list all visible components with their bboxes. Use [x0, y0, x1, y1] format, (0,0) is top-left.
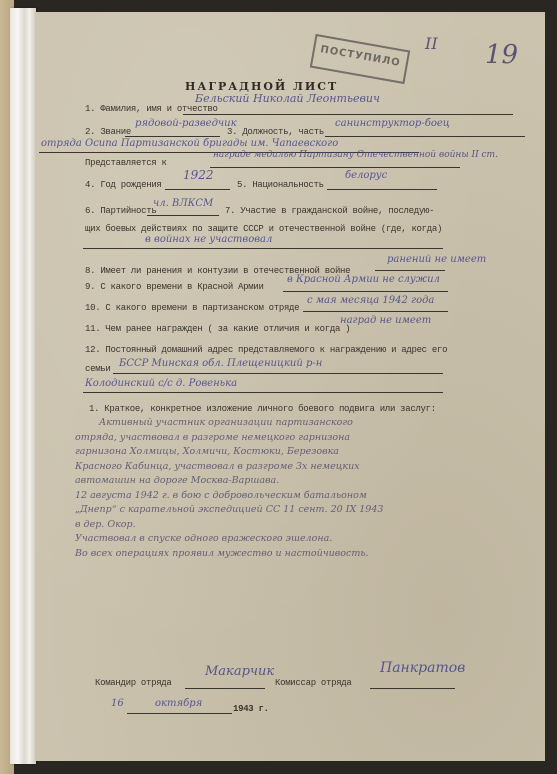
field-value: белорус	[345, 170, 387, 181]
field-value: наград не имеет	[340, 315, 431, 326]
feat-line: автомашин на дороге Москва-Варшава.	[75, 474, 535, 489]
feat-line: в дер. Окор.	[75, 518, 535, 533]
feat-line: Красного Кабинца, участвовал в разгроме …	[75, 460, 535, 475]
date-month: октября	[155, 698, 202, 709]
commander-label: Командир отряда	[95, 678, 172, 688]
field-value-continued: Колодинский с/с д. Ровенька	[85, 378, 237, 389]
commander-signature: Макарчик	[205, 664, 274, 679]
award-sheet-page: ПОСТУПИЛО II 19 НАГРАДНОЙ ЛИСТ 1. Фамили…	[35, 12, 545, 761]
field-label: 9. С какого времени в Красной Армии	[85, 282, 264, 292]
field-label: Представляется к	[85, 158, 167, 168]
date-year: 1943 г.	[233, 704, 269, 714]
field-label: 5. Национальность	[237, 180, 324, 190]
feat-line: Участвовал в спуске одного вражеского эш…	[75, 532, 535, 547]
field-value: 1922	[183, 168, 214, 182]
field-value: БССР Минская обл. Плещеницкий р-н	[119, 358, 322, 369]
received-stamp: ПОСТУПИЛО	[310, 34, 410, 84]
field-label: 12. Постоянный домашний адрес представля…	[85, 345, 447, 355]
date-day: 16	[111, 698, 124, 709]
field-value: в войнах не участвовал	[145, 234, 272, 245]
field-label: 4. Год рождения	[85, 180, 162, 190]
field-value: санинструктор-боец	[335, 118, 450, 129]
feat-line: Активный участник организации партизанск…	[75, 416, 535, 431]
field-value: награде медалью Партизану Отечественной …	[213, 150, 498, 160]
feat-text: Активный участник организации партизанск…	[75, 416, 535, 561]
commissar-signature: Панкратов	[380, 660, 465, 676]
field-label: 10. С какого времени в партизанском отря…	[85, 303, 299, 313]
field-value: с мая месяца 1942 года	[307, 295, 434, 306]
field-label: 11. Чем ранее награжден ( за какие отлич…	[85, 324, 350, 334]
commissar-label: Комиссар отряда	[275, 678, 352, 688]
feat-line: отряда, участвовал в разгроме немецкого …	[75, 431, 535, 446]
field-value: ранений не имеет	[387, 254, 486, 265]
field-label-continued: щих боевых действиях по защите СССР и от…	[85, 224, 442, 234]
field-label-continued: семьи	[85, 364, 111, 374]
sheet-number: 19	[485, 40, 518, 70]
feat-line: Во всех операциях проявил мужество и нас…	[75, 547, 535, 562]
roman-numeral-mark: II	[425, 34, 438, 53]
binding-strip	[10, 8, 36, 764]
feat-line: гарнизона Холмицы, Холмичи, Костюки, Бер…	[75, 445, 535, 460]
feat-line: 12 августа 1942 г. в бою с добровольческ…	[75, 489, 535, 504]
field-label: 7. Участие в гражданской войне, последую…	[225, 206, 434, 216]
field-label: 3. Должность, часть	[227, 127, 324, 137]
field-value: Бельский Николай Леонтьевич	[195, 92, 380, 105]
feat-line: „Днепр“ с карательной экспедицией СС 11 …	[75, 503, 535, 518]
field-value: рядовой-разведчик	[135, 118, 237, 129]
field-label: 6. Партийность	[85, 206, 156, 216]
field-value: чл. ВЛКСМ	[153, 198, 213, 209]
feat-label: 1. Краткое, конкретное изложение личного…	[89, 404, 436, 414]
field-value-continued: отряда Осипа Партизанской бригады им. Ча…	[41, 138, 338, 149]
field-value: в Красной Армии не служил	[287, 274, 440, 285]
field-label: 1. Фамилия, имя и отчество	[85, 104, 218, 114]
